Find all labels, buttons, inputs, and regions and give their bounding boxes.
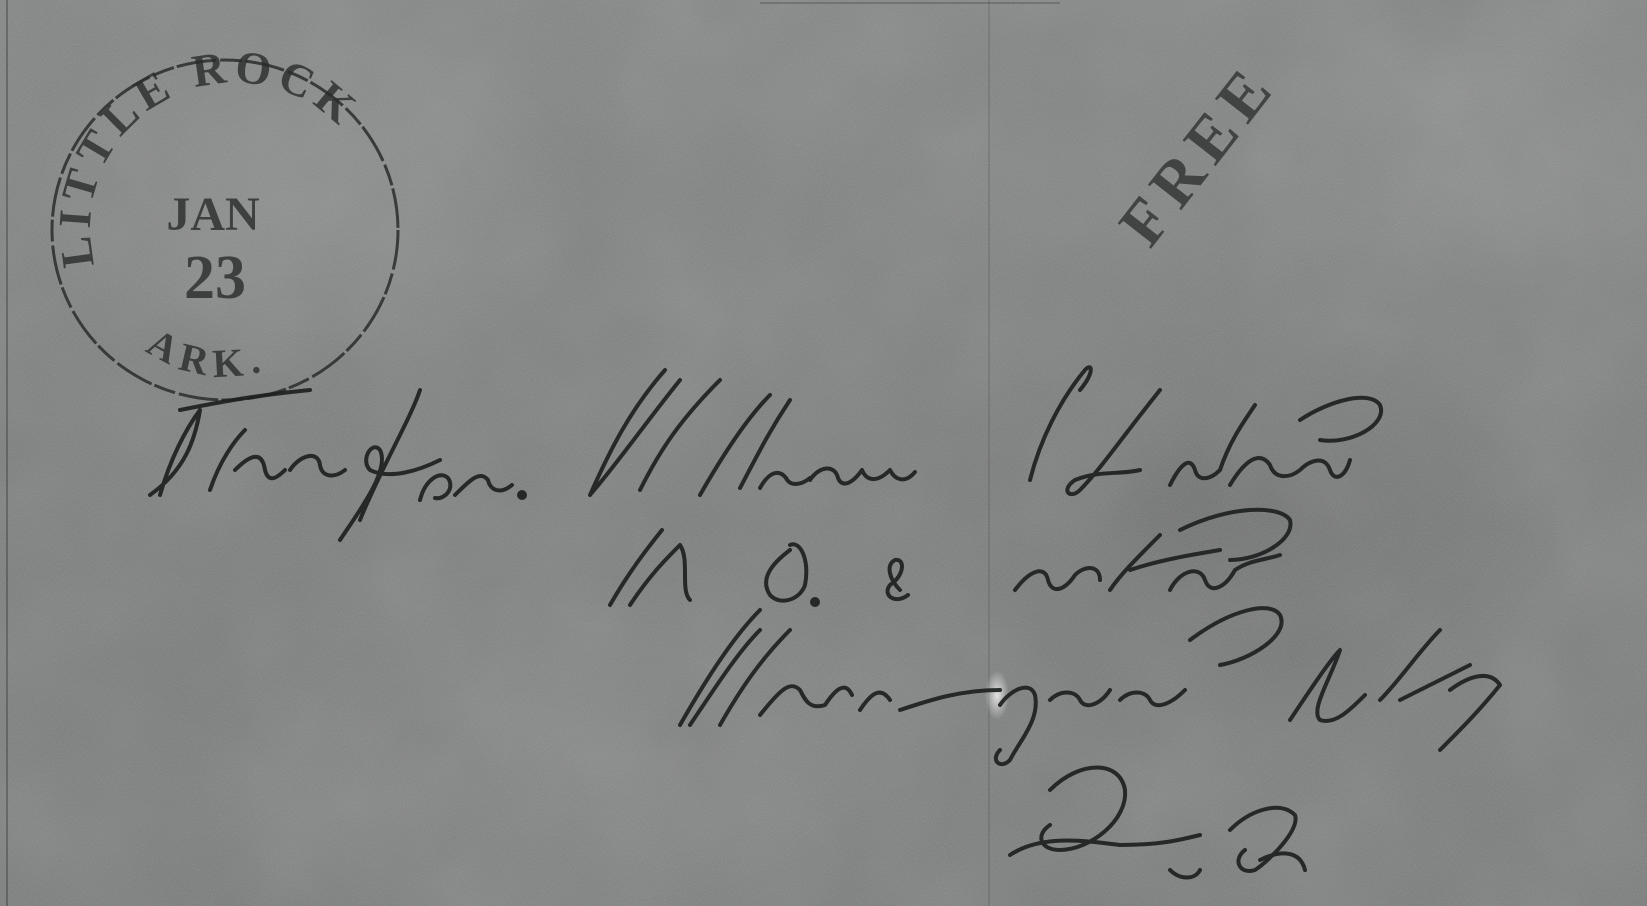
paper-edge	[6, 0, 8, 906]
postmark-stamp: LITTLE ROCK ARK. JAN 23	[35, 50, 415, 410]
fold-line	[988, 0, 990, 906]
postmark-state: ARK.	[140, 319, 272, 386]
address-line-2: U. S. Senator	[0, 0, 1, 1]
svg-text:LITTLE ROCK: LITTLE ROCK	[48, 50, 370, 271]
paper-blemish	[985, 670, 1009, 720]
handstamp-text: FREE	[1105, 49, 1291, 259]
svg-text:ARK.: ARK.	[140, 319, 272, 386]
address-line-3: Washington City	[0, 0, 1, 1]
free-handstamp: FREE	[1080, 40, 1380, 280]
paper-texture	[0, 0, 1647, 906]
postmark-town: LITTLE ROCK	[48, 50, 370, 271]
postmark-day: 23	[184, 244, 246, 312]
postmark-month: JAN	[166, 188, 260, 241]
handwritten-address	[0, 0, 1647, 906]
address-line-4: D. C.	[0, 0, 1, 1]
address-line-1: To the Hon. William K. Sebastian	[0, 0, 1, 1]
paper-crease	[760, 2, 1060, 4]
envelope-scan: LITTLE ROCK ARK. JAN 23 FREE	[0, 0, 1647, 906]
